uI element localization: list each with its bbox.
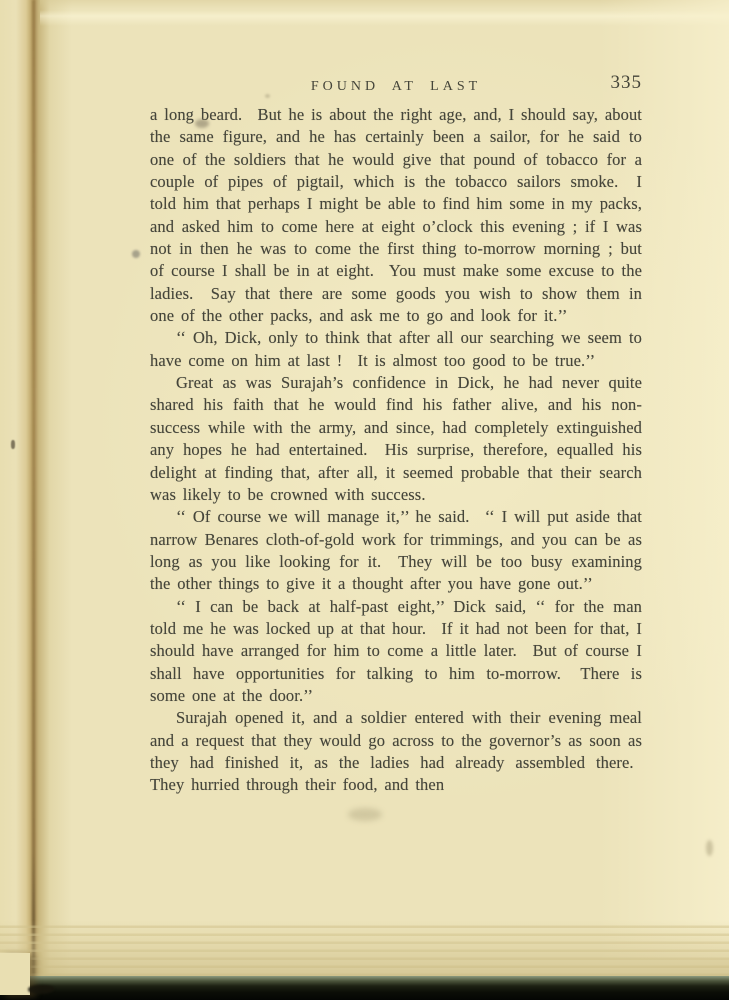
book-page-scan: FOUND AT LAST 335 a long beard. But he i…: [0, 0, 729, 1000]
paper-speck: [706, 840, 713, 856]
page-body: a long beard. But he is about the right …: [150, 104, 642, 797]
binding-gutter-shadow: [0, 0, 78, 1000]
paragraph: ‘‘ Of course we will manage it,’’ he sai…: [150, 506, 642, 595]
page-header: FOUND AT LAST 335: [150, 74, 642, 100]
paragraph: Surajah opened it, and a soldier entered…: [150, 707, 642, 796]
paragraph: ‘‘ I can be back at half-past eight,’’ D…: [150, 596, 642, 708]
facing-page-corner: [0, 953, 30, 995]
stacked-page-edges: [0, 920, 729, 982]
running-title: FOUND AT LAST: [150, 79, 642, 95]
paper-speck: [348, 808, 382, 821]
paragraph: a long beard. But he is about the right …: [150, 104, 642, 327]
paper-speck: [132, 250, 140, 258]
paragraph: ‘‘ Oh, Dick, only to think that after al…: [150, 327, 642, 372]
paragraph: Great as was Surajah’s confidence in Dic…: [150, 372, 642, 506]
book-cover-edge: [0, 976, 729, 1000]
binding-crease: [32, 0, 35, 1000]
page-number: 335: [611, 72, 643, 94]
top-page-curvature: [40, 0, 729, 46]
